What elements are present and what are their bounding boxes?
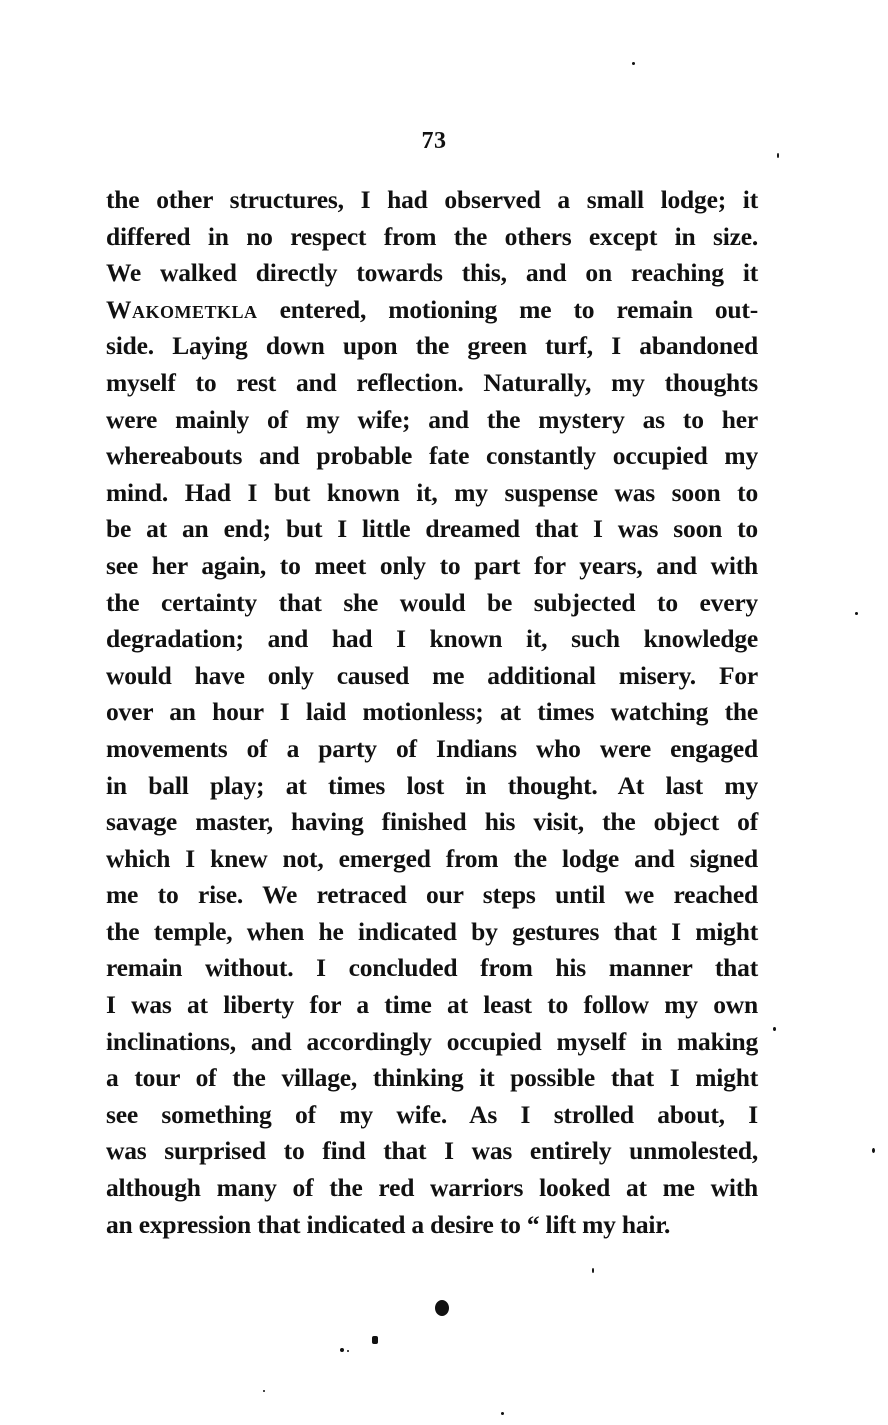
text-line: degradation; and had I known it, such kn… [106, 621, 758, 658]
scan-speck [501, 1412, 504, 1415]
page-number: 73 [0, 128, 868, 155]
body-text: the other structures, I had observed a s… [106, 182, 758, 1243]
text-line: whereabouts and probable fate constantly… [106, 438, 758, 475]
text-line: over an hour I laid motionless; at times… [106, 694, 758, 731]
text-line: was surprised to find that I was entirel… [106, 1133, 758, 1170]
text-line: see something of my wife. As I strolled … [106, 1097, 758, 1134]
scan-speck [632, 62, 635, 65]
text-line: the temple, when he indicated by gesture… [106, 914, 758, 951]
scan-speck [855, 612, 858, 615]
scan-speck [435, 1300, 449, 1316]
text-line: remain without. I concluded from his man… [106, 950, 758, 987]
text-line: see her again, to meet only to part for … [106, 548, 758, 585]
scan-speck [372, 1336, 378, 1344]
text-line: savage master, having finished his visit… [106, 804, 758, 841]
text-line: were mainly of my wife; and the mystery … [106, 402, 758, 439]
text-line: me to rise. We retraced our steps until … [106, 877, 758, 914]
text-line: myself to rest and reflection. Naturally… [106, 365, 758, 402]
text-line: would have only caused me additional mis… [106, 658, 758, 695]
scan-speck [347, 1350, 349, 1352]
text-line-with-name: Wakometkla entered, motioning me to rema… [106, 292, 758, 329]
text-line: inclinations, and accordingly occupied m… [106, 1024, 758, 1061]
text-line: although many of the red warriors looked… [106, 1170, 758, 1207]
text-line: the other structures, I had observed a s… [106, 182, 758, 219]
scan-speck [773, 1027, 776, 1031]
character-name: Wakometkla [106, 295, 258, 324]
text-line: mind. Had I but known it, my suspense wa… [106, 475, 758, 512]
text-line: side. Laying down upon the green turf, I… [106, 328, 758, 365]
text-line: differed in no respect from the others e… [106, 219, 758, 256]
text-fragment: entered, motioning me to remain out- [258, 295, 758, 324]
text-line: I was at liberty for a time at least to … [106, 987, 758, 1024]
scanned-book-page: { "page": { "number": "73", "lines": [ "… [0, 0, 888, 1425]
text-line: We walked directly towards this, and on … [106, 255, 758, 292]
scan-speck [777, 153, 779, 158]
text-line: an expression that indicated a desire to… [106, 1207, 758, 1244]
text-line: which I knew not, emerged from the lodge… [106, 841, 758, 878]
text-line: be at an end; but I little dreamed that … [106, 511, 758, 548]
text-line: in ball play; at times lost in thought. … [106, 768, 758, 805]
scan-speck [263, 1390, 265, 1392]
scan-speck [872, 1148, 875, 1153]
text-line: a tour of the village, thinking it possi… [106, 1060, 758, 1097]
text-line: the certainty that she would be subjecte… [106, 585, 758, 622]
text-line: movements of a party of Indians who were… [106, 731, 758, 768]
scan-speck [592, 1268, 594, 1273]
scan-speck [340, 1348, 344, 1352]
